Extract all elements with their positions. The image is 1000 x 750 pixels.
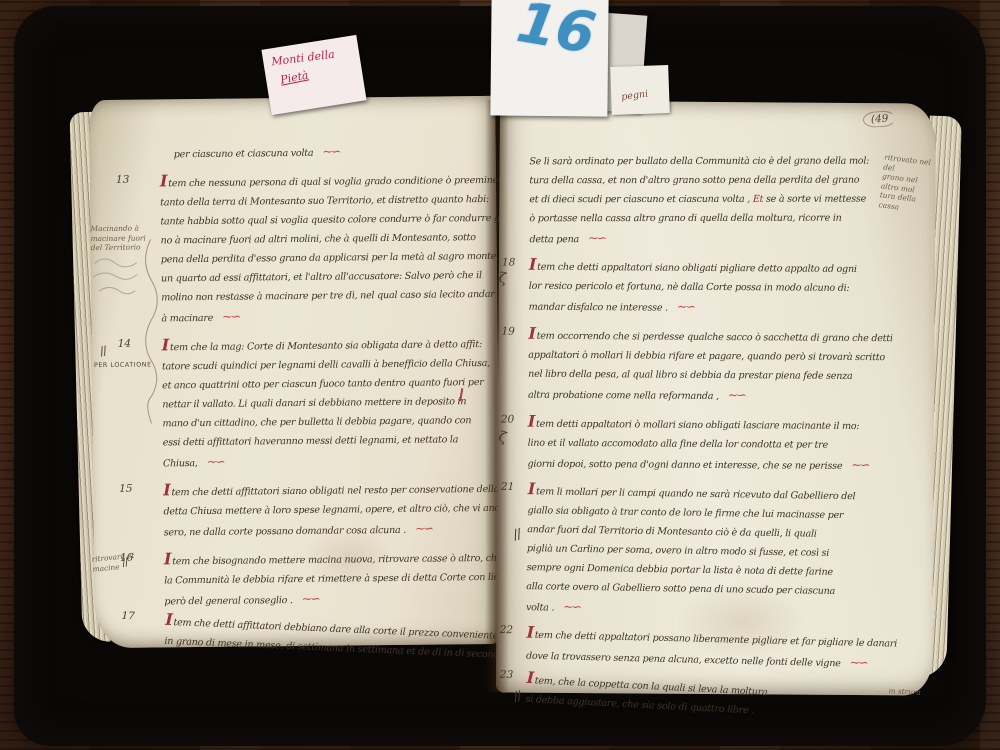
manuscript-text: tem li mollari per li campi quando ne sa… [536,486,855,502]
rubric-initial: I [162,335,169,354]
rubric-initial: I [165,610,173,629]
red-flourish-icon: ∼∽ [302,591,319,606]
manuscript-text: nettar il vallato. Li quali danari si de… [162,396,466,410]
item-20: 20ζItem detti appaltatori ò mollari sian… [527,412,883,476]
manuscript-text: et anco quattrini otto per ciascun fuoco… [162,377,484,391]
right-text-column: ritrovato nel delgrano nel altro moltura… [526,151,886,726]
manuscript-line: Se li sarà ordinato per bullato della Co… [529,152,885,172]
manuscript-text: però del general conseglio . [164,595,292,607]
item-17: 17Item che detti affittatori debbiano da… [164,610,495,665]
red-flourish-icon: ∼∽ [415,521,432,536]
manuscript-text: nel libro della pesa, al qual libro si d… [528,369,852,382]
manuscript-text: giorni dopoi, sotto pena d'ogni danno et… [527,459,842,472]
manuscript-line: essi detti affittatori haveranno messi d… [163,430,493,452]
manuscript-text: essi detti affittatori haveranno messi d… [163,434,459,448]
manuscript-text: andar fuori dal Territorio di Montesanto… [527,524,817,540]
red-flourish-icon: ∼∽ [728,387,745,402]
manuscript-line: nel libro della pesa, al qual libro si d… [528,365,884,386]
margin-note: ritrovato nel delgrano nel altro moltura… [878,153,939,217]
manuscript-text: se à sorte vi mettesse [763,194,866,205]
margin-note-line: PER LOCATIONE [94,361,154,370]
item-19: 19Item occorrendo che si perdesse qualch… [528,324,885,407]
manuscript-line: molino non restasse à macinare per tre d… [161,285,491,307]
manuscript-text: tanto della terra di Montesanto suo Terr… [160,194,489,208]
tab-title-line1: Monti della [271,48,336,69]
carryover-line: per ciascuno et ciascuna volta∼∽ [160,140,490,164]
manuscript-text: mano d'un cittadino, che per bulletta li… [162,415,471,429]
rubric-initial: I [528,479,536,498]
opening-paragraph: ritrovato nel delgrano nel altro moltura… [529,152,885,250]
manuscript-text: tura della cassa, et non d'altro grano s… [529,175,859,187]
margin-note-line: macinare fuori [91,233,153,243]
manuscript-line: Item occorrendo che si perdesse qualche … [528,324,884,348]
item-18: 18ζItem che detti appaltatori siano obli… [529,255,885,319]
manuscript-line: sero, ne dalla corte possano domandar co… [164,518,494,542]
manuscript-line: Item che detti appaltatori siano obligat… [529,255,885,279]
archival-number-note: 16 [490,0,608,117]
manuscript-text: tem che bisognando mettere macina nuova,… [172,553,502,567]
manuscript-text: sempre ogni Domenica debbia portar la li… [527,562,833,578]
manuscript-text: tem che detti appaltatori siano obligati… [537,262,857,275]
red-flourish-icon: ∼∽ [207,454,224,469]
manuscript-text: tante habbia sotto qual si voglia quesit… [160,213,512,228]
item-number: 14 [118,338,131,350]
rubric-initial: I [163,480,170,499]
margin-note: PER LOCATIONE [94,361,154,370]
manuscript-line: à macinare∼∽ [161,304,491,328]
manuscript-line: detta pena∼∽ [529,228,885,250]
rubric-initial: I [528,324,535,343]
manuscript-text: Chiusa, [163,458,198,469]
margin-note: ritrovare etmacine [91,549,155,574]
manuscript-text: lor resico pericolo et fortuna, nè dalla… [529,281,850,294]
manuscript-line: altra probatione come nella reformanda ,… [528,384,884,407]
margin-note-line: del Territorio [91,243,153,253]
left-text-column: per ciascuno et ciascuna volta∼∽13Macina… [160,140,495,666]
folio-number: (49 [862,110,896,128]
manuscript-text: dove la trovassero senza pena alcuna, ex… [526,651,841,670]
manuscript-text: molino non restasse à macinare per tre d… [161,289,495,303]
pegni-tab-text: pegni [621,89,649,103]
rubric-initial: I [526,623,534,642]
margin-mark-icon: // [511,526,522,543]
note-number-text: 16 [512,0,600,67]
manuscript-text: per ciascuno et ciascuna volta [174,148,314,160]
rubric-initial: I [526,668,534,687]
manuscript-text: Se li sarà ordinato per bullato della Co… [529,156,869,168]
red-flourish-icon: ∼∽ [588,230,605,245]
manuscript-line: mandar disfalco ne interesse .∼∽ [529,296,885,319]
manuscript-text: ò portasse nella cassa altro grano di qu… [529,213,841,225]
manuscript-text: altra probatione come nella reformanda , [528,390,719,402]
red-flourish-icon: ∼∽ [563,599,580,614]
manuscript-text: tem che la mag: Corte di Montesanto sia … [170,339,482,353]
pegni-tab: pegni [610,65,670,115]
manuscript-left-page: per ciascuno et ciascuna volta∼∽13Macina… [89,96,501,648]
manuscript-right-page: (49 ritrovato nel delgrano nel altro mol… [496,100,936,695]
manuscript-line: Chiusa,∼∽ [163,449,493,473]
manuscript-text: detta pena [529,234,579,245]
red-flourish-icon: ∼∽ [677,299,694,314]
manuscript-text: à macinare [161,313,213,325]
manuscript-text: detta Chiusa mettere à loro spese legnam… [163,503,513,518]
red-flourish-icon: ∼∽ [849,654,866,669]
manuscript-text: tem che detti affittatori siano obligati… [171,484,499,498]
rubric-initial: I [529,255,536,274]
manuscript-text: alla corte overo al Gabelliero sotto pen… [526,581,835,597]
manuscript-text: volta . [526,602,554,613]
item-number: 17 [121,610,135,623]
red-flourish-icon: ∼∽ [222,309,239,324]
rubric-word: Et [753,194,763,205]
manuscript-text: appaltatori ò mollari li debbia rifare e… [528,350,885,363]
margin-note: Macinando àmacinare fuoridel Territorio [90,223,153,299]
manuscript-text: un quarto ad essi affittatori, et l'altr… [161,270,482,284]
manuscript-line: appaltatori ò mollari li debbia rifare e… [528,346,884,367]
margin-mark-icon: // [98,343,107,358]
rubric-initial: I [528,412,535,431]
item-14: 14//PER LOCATIONEItem che la mag: Corte … [162,332,493,473]
rubric-initial: I [164,549,171,568]
manuscript-line: la Communità le debbia rifare et rimette… [164,568,494,590]
manuscript-line: per ciascuno et ciascuna volta∼∽ [174,140,490,164]
tab-title-line2: Pietà [279,69,309,87]
manuscript-text: et di dieci scudi per ciascuno et ciascu… [529,194,752,205]
manuscript-text: no à macinare fuori ad altri molini, che… [161,232,476,246]
rubric-initial: I [160,171,167,190]
manuscript-line: detta Chiusa mettere à loro spese legnam… [163,499,493,521]
item-13: 13Macinando àmacinare fuoridel Territori… [160,168,492,328]
manuscript-line: et di dieci scudi per ciascuno et ciascu… [529,190,885,210]
manuscript-text: mandar disfalco ne interesse . [529,302,668,314]
red-flourish-icon: ∼∽ [322,144,339,159]
manuscript-line: Item detti appaltatori ò mollari siano o… [528,412,884,436]
manuscript-line: giorni dopoi, sotto pena d'ogni danno et… [527,453,883,476]
manuscript-text: piglià un Carlino per soma, overo in alt… [527,543,829,559]
manuscript-line: lino et il vallato accomodato alla fine … [528,434,884,455]
manuscript-text: tem detti appaltatori ò mollari siano ob… [536,419,859,432]
item-23: 23//m struraItem, che la coppetta con la… [525,668,883,727]
item-number: 13 [116,174,129,186]
manuscript-text: tem occorrendo che si perdesse qualche s… [537,331,893,344]
manuscript-text: sero, ne dalla corte possano domandar co… [164,525,406,539]
manuscript-line: tura della cassa, et non d'altro grano s… [529,171,885,191]
book-gutter-shadow [485,100,509,692]
red-flourish-icon: ∼∽ [851,457,868,472]
item-21: 21//Item li mollari per li campi quando … [526,479,884,623]
manuscript-line: lor resico pericolo et fortuna, nè dalla… [529,277,885,298]
item-22: 22Item che detti appaltatori possano lib… [526,623,883,675]
manuscript-text: tem che nessuna persona di qual si vogli… [168,175,516,190]
manuscript-text: pena della perdita d'esso grano da appli… [161,251,499,266]
manuscript-text: tatore scudi quindici per legnami delli … [162,358,490,372]
manuscript-line: però del general conseglio .∼∽ [164,587,494,611]
item-15: 15Item che detti affittatori siano oblig… [163,477,494,542]
manuscript-text: la Communità le debbia rifare et rimette… [164,572,522,587]
manuscript-text: lino et il vallato accomodato alla fine … [528,438,828,451]
item-16: 16//ritrovare etmacineItem che bisognand… [164,546,495,611]
manuscript-line: ò portasse nella cassa altro grano di qu… [529,209,885,229]
faded-scribble-icon [91,252,143,297]
item-number: 15 [119,483,132,495]
manuscript-text: giallo sia obligato à trar conto de loro… [527,505,843,521]
